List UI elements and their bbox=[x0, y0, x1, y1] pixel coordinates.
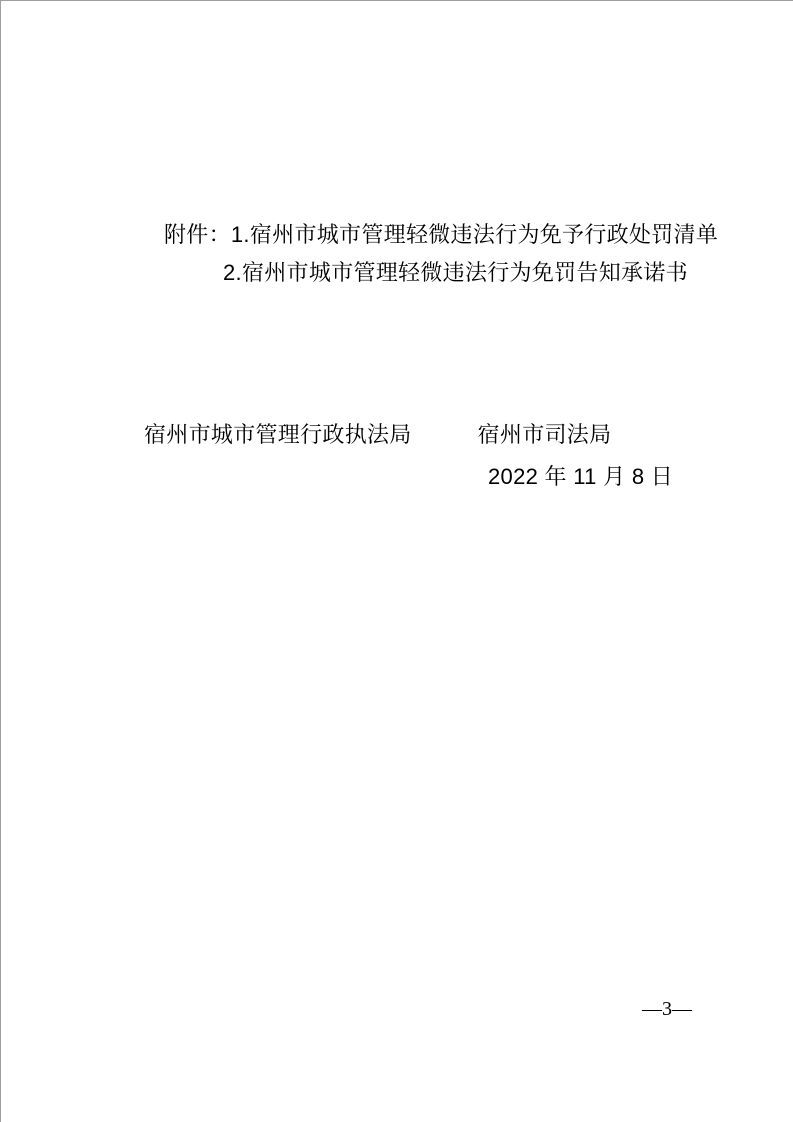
attachment-note-line-2: 2.宿州市城市管理轻微违法行为免罚告知承诺书 bbox=[223, 261, 688, 285]
issuing-agency-secondary: 宿州市司法局 bbox=[478, 423, 612, 447]
signature-block: 宿州市城市管理行政执法局 宿州市司法局 bbox=[144, 423, 611, 447]
page-number: —3— bbox=[642, 999, 692, 1019]
attachment-note-line-1: 附件：1.宿州市城市管理轻微违法行为免予行政处罚清单 bbox=[164, 223, 718, 247]
document-page: 附件：1.宿州市城市管理轻微违法行为免予行政处罚清单 2.宿州市城市管理轻微违法… bbox=[0, 0, 793, 1122]
issue-date: 2022 年 11 月 8 日 bbox=[488, 465, 673, 489]
issuing-agency-primary: 宿州市城市管理行政执法局 bbox=[144, 423, 412, 447]
